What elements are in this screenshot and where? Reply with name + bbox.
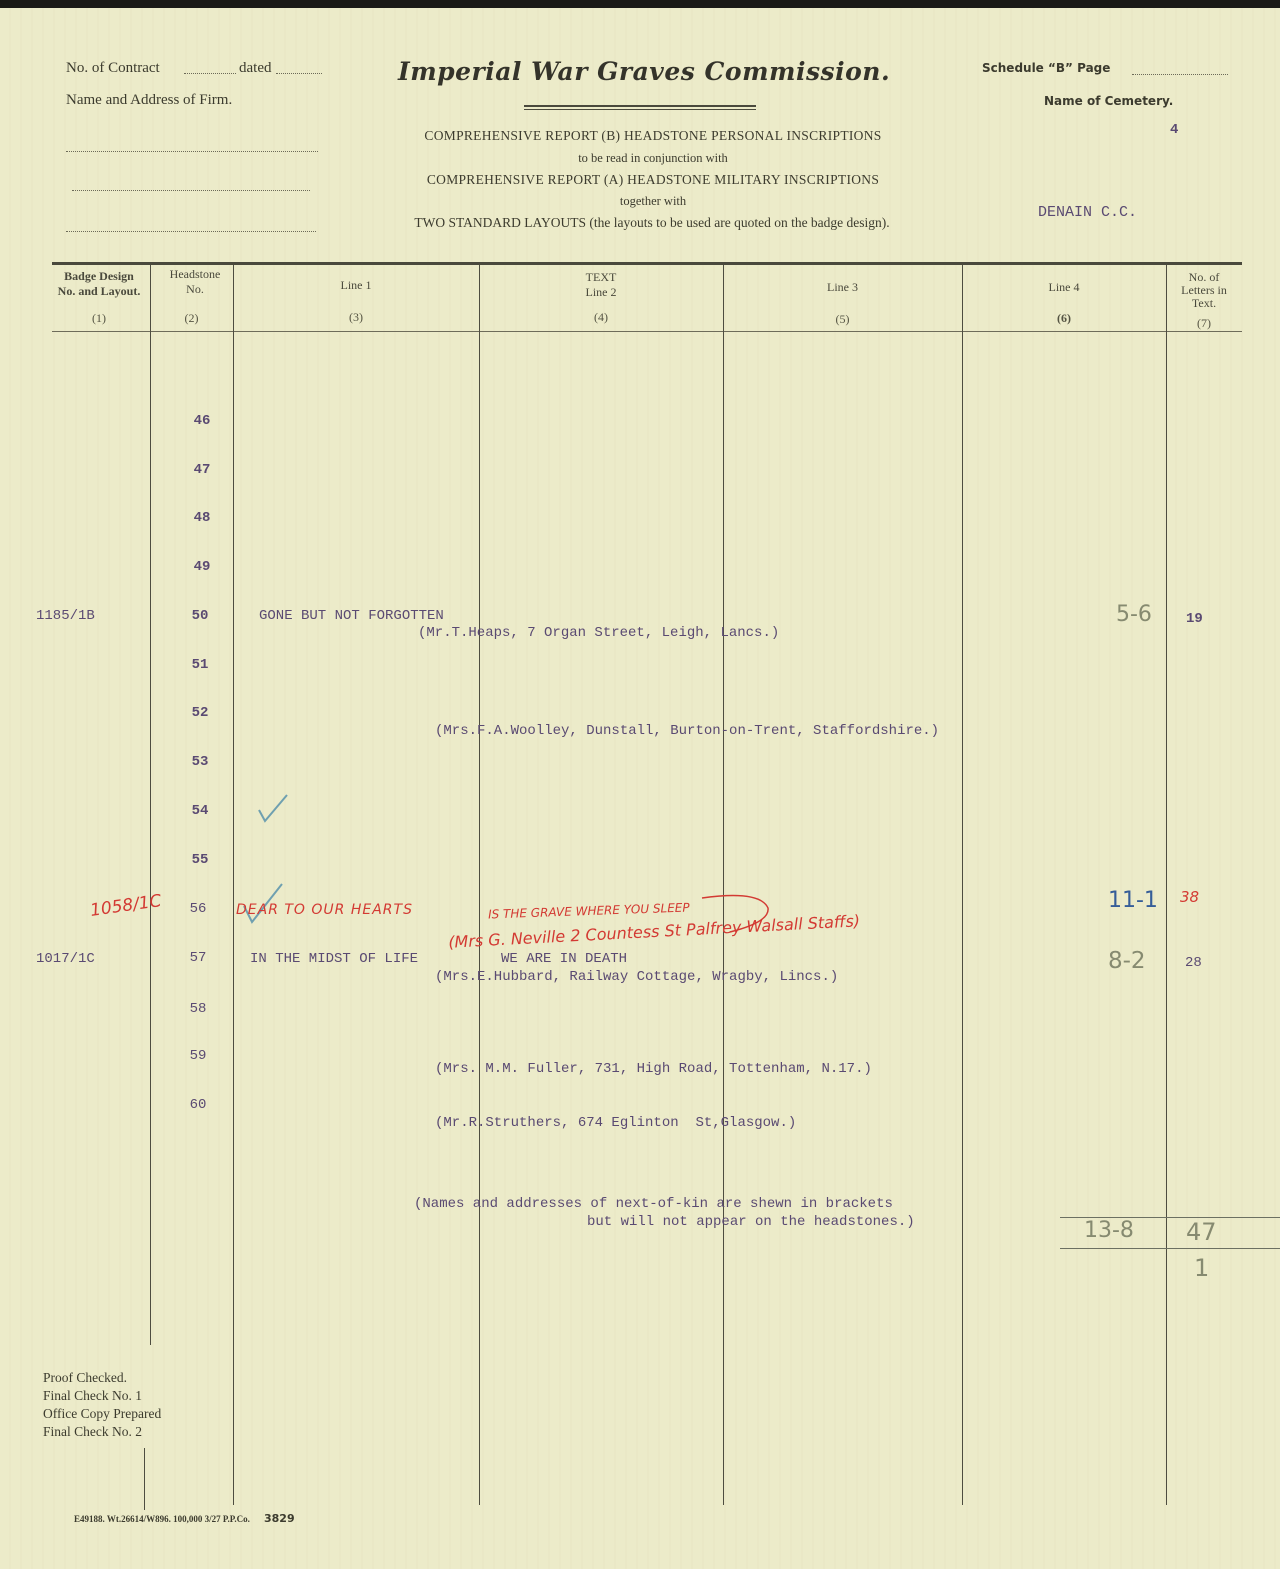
inscription-line1-handwritten: DEAR TO OUR HEARTS <box>236 902 413 918</box>
headstone-no: 54 <box>170 803 230 819</box>
firm-line-2 <box>72 190 310 191</box>
title-rule-bottom <box>524 109 756 110</box>
final-check-2-label: Final Check No. 2 <box>43 1424 142 1440</box>
contract-field <box>184 73 236 74</box>
report-line-1: COMPREHENSIVE REPORT (B) HEADSTONE PERSO… <box>0 128 1280 144</box>
headstone-no: 59 <box>168 1048 228 1064</box>
headstone-no: 48 <box>172 510 232 526</box>
headstone-no: 56 <box>168 901 228 917</box>
dated-label: dated <box>239 60 271 77</box>
checkmark-icon <box>256 792 290 824</box>
totals-rule-bottom <box>1060 1248 1280 1249</box>
headstone-no: 47 <box>172 462 232 478</box>
col-divider-2 <box>233 265 234 1505</box>
next-of-kin: (Mrs.F.A.Woolley, Dunstall, Burton-on-Tr… <box>435 723 939 739</box>
firm-line-3 <box>66 231 316 232</box>
document-title: Imperial War Graves Commission. <box>398 57 890 86</box>
col-header-line2: TEXT Line 2 <box>479 270 723 300</box>
letter-count: 38 <box>1180 888 1199 906</box>
col-header-headstone: Headstone No. <box>150 267 240 297</box>
contract-label: No. of Contract <box>66 60 160 77</box>
headstone-no: 51 <box>170 657 230 673</box>
col-num-1: (1) <box>48 311 150 326</box>
check-divider <box>144 1448 145 1510</box>
headstone-no: 53 <box>170 754 230 770</box>
inscription-line2: WE ARE IN DEATH <box>501 951 627 967</box>
cemetery-name: DENAIN C.C. <box>1038 204 1137 221</box>
print-code: E49188. Wt.26614/W896. 100,000 3/27 P.P.… <box>74 1514 250 1524</box>
scan-edge <box>0 0 1280 8</box>
page-number: 4 <box>1170 122 1178 138</box>
total-tally: 13-8 <box>1084 1218 1134 1243</box>
office-copy-label: Office Copy Prepared <box>43 1406 161 1422</box>
inscription-line2-handwritten: IS THE GRAVE WHERE YOU SLEEP <box>488 900 690 921</box>
headstone-no: 52 <box>170 705 230 721</box>
headstone-no: 60 <box>168 1097 228 1113</box>
table-header-rule <box>52 331 1242 332</box>
headstone-no: 55 <box>170 852 230 868</box>
print-code-number: 3829 <box>264 1512 295 1525</box>
schedule-page-field <box>1132 74 1228 75</box>
next-of-kin: (Mr.T.Heaps, 7 Organ Street, Leigh, Lanc… <box>418 625 779 641</box>
col-num-2: (2) <box>150 311 233 326</box>
report-line-2: to be read in conjunction with <box>0 151 1280 166</box>
total-letters: 47 <box>1186 1218 1217 1246</box>
col-num-7: (7) <box>1166 316 1242 331</box>
col-num-4: (4) <box>479 310 723 325</box>
cemetery-label: Name of Cemetery. <box>1044 94 1173 108</box>
col-header-line1: Line 1 <box>233 278 479 293</box>
letter-tally: 8-2 <box>1108 948 1146 974</box>
table-top-rule <box>52 262 1242 265</box>
title-rule-top <box>524 105 756 107</box>
inscription-line1: GONE BUT NOT FORGOTTEN <box>259 608 444 624</box>
letter-tally: 11-1 <box>1108 888 1158 913</box>
col-header-letters: No. of Letters in Text. <box>1166 271 1242 310</box>
next-of-kin: (Mrs. M.M. Fuller, 731, High Road, Totte… <box>435 1061 872 1077</box>
letter-tally: 5-6 <box>1116 602 1152 627</box>
final-check-1-label: Final Check No. 1 <box>43 1388 142 1404</box>
col-num-6: (6) <box>962 311 1166 326</box>
col-divider-5 <box>962 265 963 1505</box>
footnote-line-2: but will not appear on the headstones.) <box>587 1214 915 1230</box>
col-num-5: (5) <box>723 312 962 327</box>
firm-label: Name and Address of Firm. <box>66 92 232 109</box>
col-header-line3: Line 3 <box>723 280 962 295</box>
headstone-no: 58 <box>168 1001 228 1017</box>
schedule-label: Schedule “B” Page <box>982 61 1110 75</box>
col-divider-1 <box>150 265 151 1345</box>
col-divider-4 <box>723 265 724 1505</box>
headstone-no: 57 <box>168 950 228 966</box>
proof-checked-label: Proof Checked. <box>43 1370 127 1386</box>
col-divider-6 <box>1166 265 1167 1505</box>
footnote-line-1: (Names and addresses of next-of-kin are … <box>414 1196 893 1212</box>
badge-design: 1185/1B <box>36 608 95 624</box>
next-of-kin: (Mrs.E.Hubbard, Railway Cottage, Wragby,… <box>435 969 838 985</box>
inscription-line1: IN THE MIDST OF LIFE <box>250 951 418 967</box>
dated-field <box>276 73 322 74</box>
headstone-no: 46 <box>172 413 232 429</box>
badge-design: 1017/1C <box>36 951 95 967</box>
col-header-badge: Badge Design No. and Layout. <box>48 269 150 299</box>
report-line-3: COMPREHENSIVE REPORT (A) HEADSTONE MILIT… <box>0 172 1280 188</box>
next-of-kin: (Mr.R.Struthers, 674 Eglinton St,Glasgow… <box>435 1115 796 1131</box>
total-extra: 1 <box>1194 1254 1209 1282</box>
col-divider-3 <box>479 265 480 1505</box>
badge-design-handwritten: 1058/1C <box>89 891 163 921</box>
letter-count: 28 <box>1185 955 1202 971</box>
col-header-line4: Line 4 <box>962 280 1166 295</box>
letter-count: 19 <box>1186 611 1203 627</box>
col-num-3: (3) <box>233 310 479 325</box>
headstone-no: 50 <box>170 608 230 624</box>
headstone-no: 49 <box>172 559 232 575</box>
